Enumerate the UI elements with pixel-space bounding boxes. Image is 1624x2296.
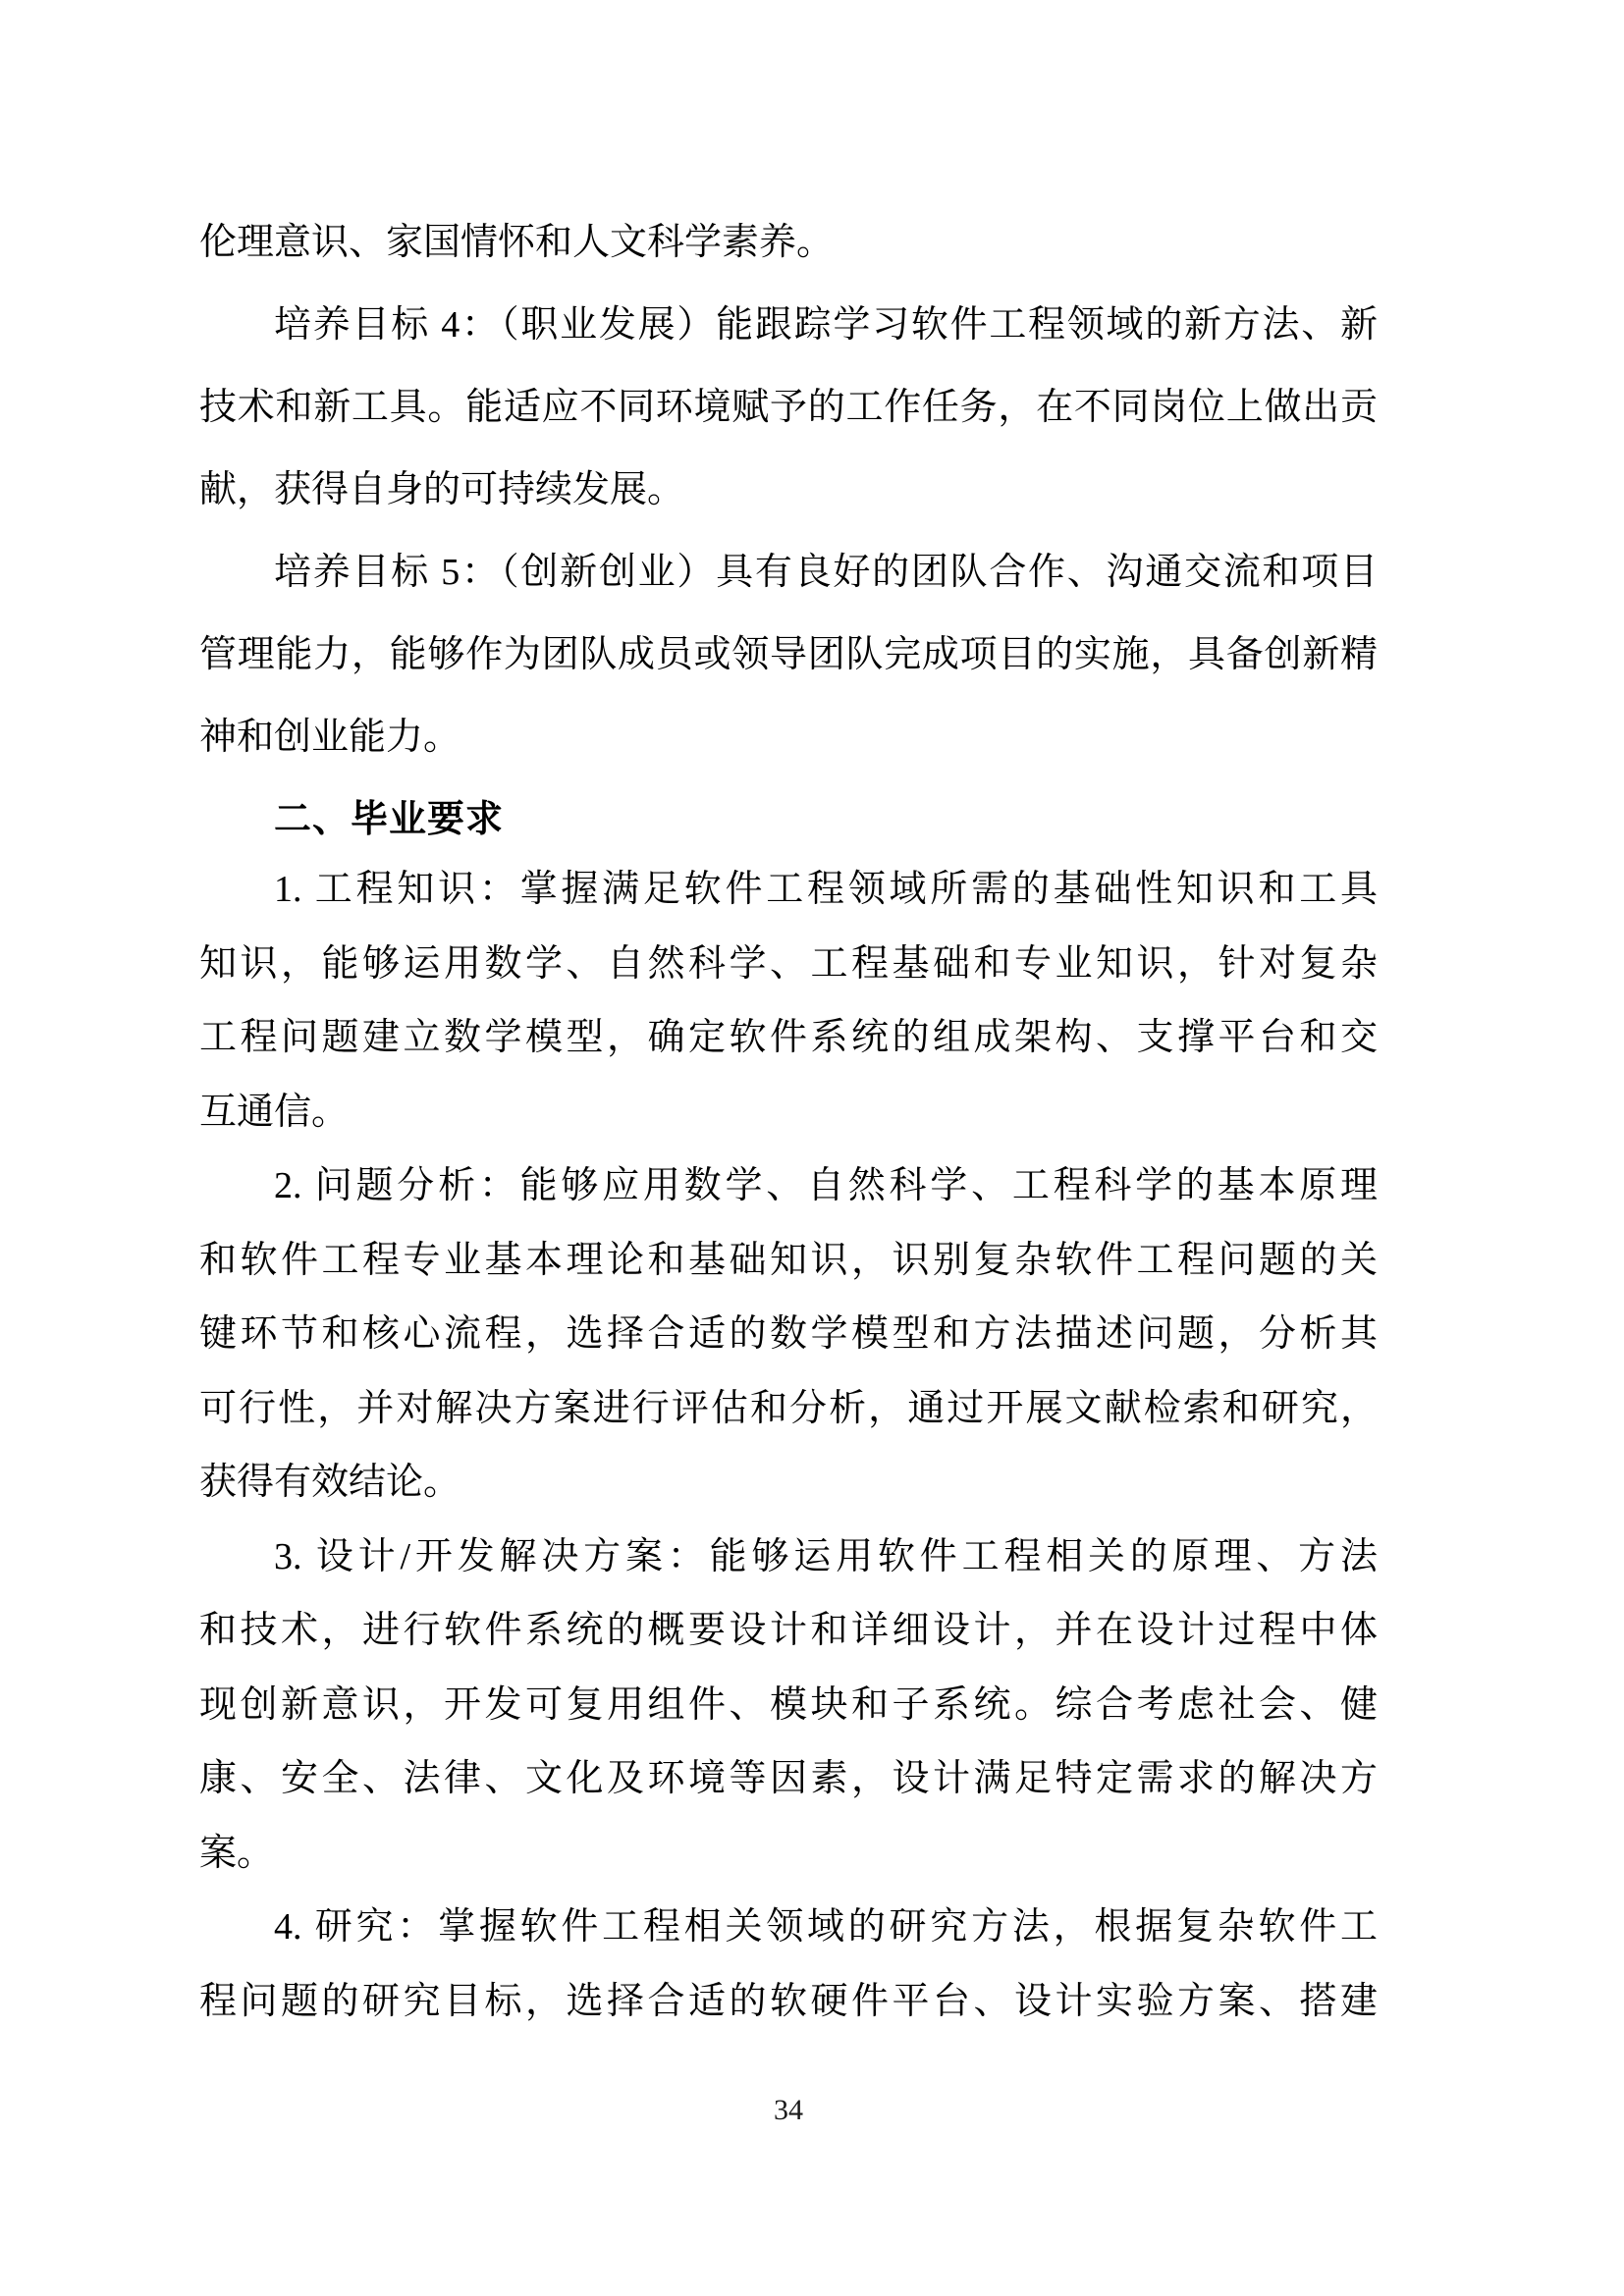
text-line: 康、安全、法律、文化及环境等因素，设计满足特定需求的解决方 [199, 1742, 1378, 1817]
text-line: 键环节和核心流程，选择合适的数学模型和方法描述问题，分析其 [199, 1298, 1378, 1372]
text-line: 4. 研究：掌握软件工程相关领域的研究方法，根据复杂软件工 [199, 1891, 1378, 1965]
text-line: 3. 设计/开发解决方案：能够运用软件工程相关的原理、方法 [199, 1521, 1378, 1595]
graduation-requirements-heading: 二、毕业要求 [274, 797, 504, 842]
text-line: 和技术，进行软件系统的概要设计和详细设计，并在设计过程中体 [199, 1594, 1378, 1669]
text-line: 2. 问题分析：能够应用数学、自然科学、工程科学的基本原理 [199, 1149, 1378, 1224]
text-line: 知识，能够运用数学、自然科学、工程基础和专业知识，针对复杂 [199, 928, 1378, 1002]
text-line: 培养目标 4：（职业发展）能跟踪学习软件工程领域的新方法、新 [199, 284, 1378, 366]
text-line: 1. 工程知识：掌握满足软件工程领域所需的基础性知识和工具 [199, 853, 1378, 928]
text-line: 可行性，并对解决方案进行评估和分析，通过开展文献检索和研究， [199, 1372, 1378, 1447]
text-line: 获得有效结论。 [199, 1446, 1378, 1521]
text-line: 伦理意识、家国情怀和人文科学素养。 [199, 201, 1378, 284]
text-line: 技术和新工具。能适应不同环境赋予的工作任务，在不同岗位上做出贡 [199, 366, 1378, 449]
text-line: 工程问题建立数学模型，确定软件系统的组成架构、支撑平台和交 [199, 1001, 1378, 1076]
text-line: 和软件工程专业基本理论和基础知识，识别复杂软件工程问题的关 [199, 1224, 1378, 1299]
text-line: 程问题的研究目标，选择合适的软硬件平台、设计实验方案、搭建 [199, 1965, 1378, 2040]
graduation-requirements-section: 1. 工程知识：掌握满足软件工程领域所需的基础性知识和工具 知识，能够运用数学、… [199, 853, 1378, 2039]
text-line: 管理能力，能够作为团队成员或领导团队完成项目的实施，具备创新精 [199, 614, 1378, 696]
text-line: 现创新意识，开发可复用组件、模块和子系统。综合考虑社会、健 [199, 1669, 1378, 1743]
text-line: 案。 [199, 1817, 1378, 1892]
training-objectives-section: 伦理意识、家国情怀和人文科学素养。 培养目标 4：（职业发展）能跟踪学习软件工程… [199, 201, 1378, 778]
document-page: 伦理意识、家国情怀和人文科学素养。 培养目标 4：（职业发展）能跟踪学习软件工程… [0, 0, 1624, 2296]
text-line: 献，获得自身的可持续发展。 [199, 449, 1378, 531]
text-line: 神和创业能力。 [199, 696, 1378, 778]
text-line: 培养目标 5：（创新创业）具有良好的团队合作、沟通交流和项目 [199, 531, 1378, 614]
text-line: 互通信。 [199, 1076, 1378, 1150]
page-number: 34 [199, 2093, 1378, 2128]
